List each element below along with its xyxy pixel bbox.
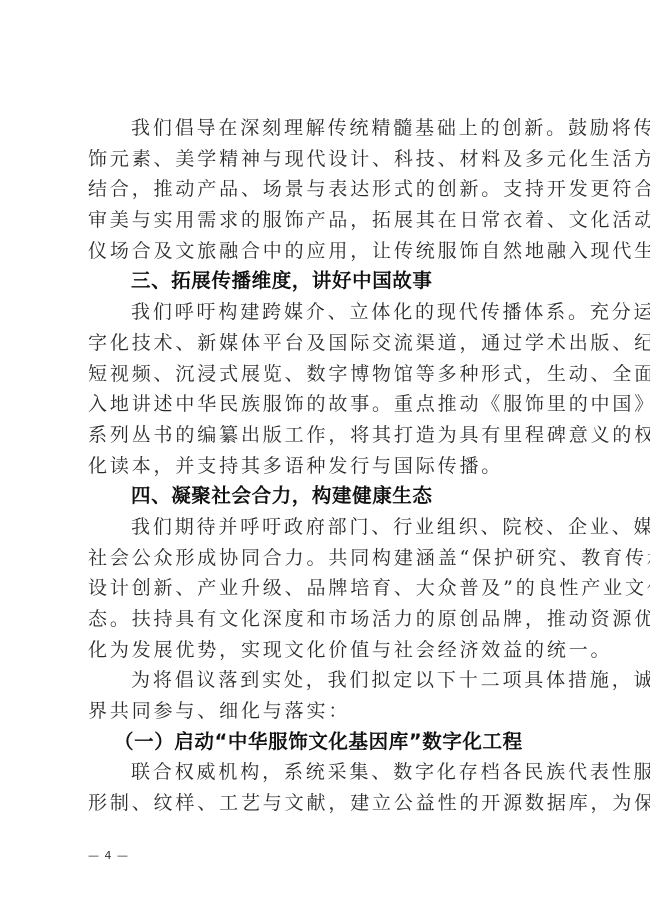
paragraph-line: 字化技术、新媒体平台及国际交流渠道，通过学术出版、纪录片、 [88,328,572,359]
paragraph-line: 设计创新、产业升级、品牌培育、大众普及”的良性产业文化生 [88,573,572,604]
paragraph-line: 短视频、沉浸式展览、数字博物馆等多种形式，生动、全面、深 [88,359,572,390]
paragraph-line: 我们期待并呼吁政府部门、行业组织、院校、企业、媒体及 [88,512,572,543]
paragraph-line: 化读本，并支持其多语种发行与国际传播。 [88,451,572,482]
section-heading-4: 四、凝聚社会合力，构建健康生态 [88,481,572,512]
paragraph-line: 审美与实用需求的服饰产品，拓展其在日常衣着、文化活动、礼 [88,205,572,236]
paragraph-line: 仪场合及文旅融合中的应用，让传统服饰自然地融入现代生活。 [88,236,572,267]
paragraph-line: 入地讲述中华民族服饰的故事。重点推动《服饰里的中国》大型 [88,389,572,420]
paragraph-line: 社会公众形成协同合力。共同构建涵盖“保护研究、教育传承、 [88,543,572,574]
paragraph-line: 系列丛书的编纂出版工作，将其打造为具有里程碑意义的权威文 [88,420,572,451]
page-number: — 4 — [88,849,129,862]
paragraph-line: 为将倡议落到实处，我们拟定以下十二项具体措施，诚邀各 [88,665,572,696]
paragraph-line: 结合，推动产品、场景与表达形式的创新。支持开发更符合当代 [88,174,572,205]
paragraph-line: 界共同参与、细化与落实： [88,696,572,727]
paragraph-line: 化为发展优势，实现文化价值与社会经济效益的统一。 [88,635,572,666]
body-text: 我们倡导在深刻理解传统精髓基础上的创新。鼓励将传统服 饰元素、美学精神与现代设计… [88,113,572,819]
paragraph-line: 形制、纹样、工艺与文献，建立公益性的开源数据库，为保护研 [88,788,572,819]
section-heading-3: 三、拓展传播维度，讲好中国故事 [88,266,572,297]
paragraph-line: 我们倡导在深刻理解传统精髓基础上的创新。鼓励将传统服 [88,113,572,144]
paragraph-line: 联合权威机构，系统采集、数字化存档各民族代表性服饰的 [88,757,572,788]
document-page: 我们倡导在深刻理解传统精髓基础上的创新。鼓励将传统服 饰元素、美学精神与现代设计… [0,0,650,919]
paragraph-line: 态。扶持具有文化深度和市场活力的原创品牌，推动资源优势转 [88,604,572,635]
paragraph-line: 饰元素、美学精神与现代设计、科技、材料及多元化生活方式相 [88,144,572,175]
paragraph-line: 我们呼吁构建跨媒介、立体化的现代传播体系。充分运用数 [88,297,572,328]
measure-heading-1: （一）启动“中华服饰文化基因库”数字化工程 [88,727,572,758]
